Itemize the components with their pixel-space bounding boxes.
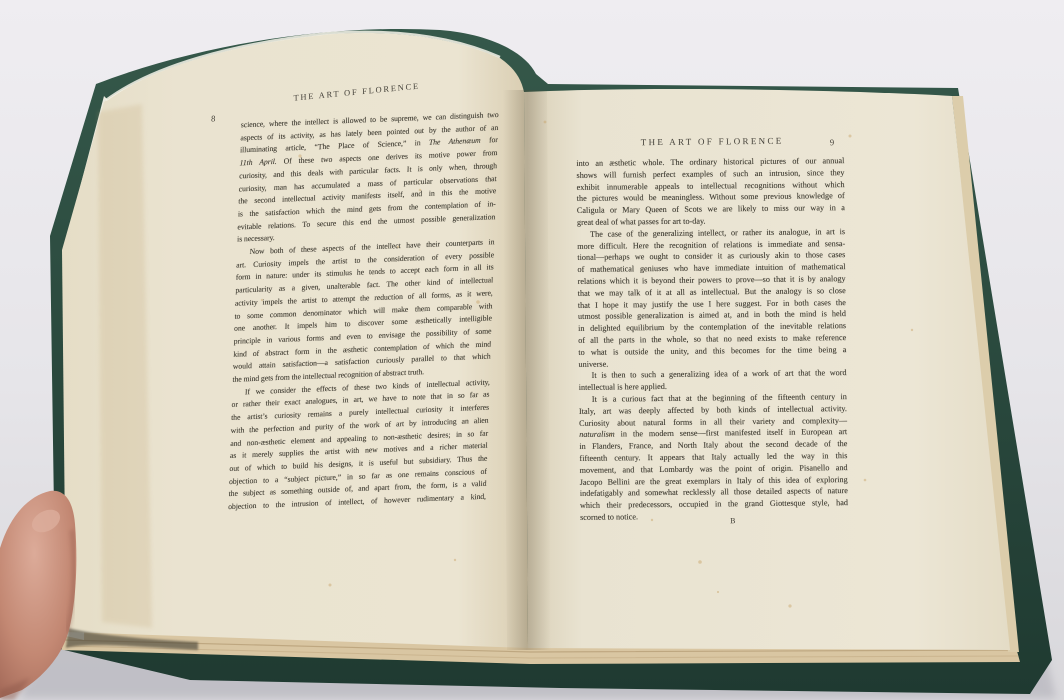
book-page-right: THE ART OF FLORENCE 9 into an æsthetic w… (566, 125, 862, 558)
book-photo-scene: THE ART OF FLORENCE 8 science, where the… (0, 0, 1064, 700)
book-photo-art (0, 0, 1064, 700)
page-number-right: 9 (830, 137, 834, 147)
page-number-left: 8 (211, 113, 216, 123)
page-right-body-text: into an æsthetic whole. The ordinary his… (576, 155, 848, 523)
signature-mark: B (730, 516, 735, 525)
running-title-right: THE ART OF FLORENCE (566, 135, 858, 148)
page-left-body-text: science, where the intellect is allowed … (228, 109, 499, 514)
text-line: scorned to notice. (580, 509, 848, 524)
book-page-left: THE ART OF FLORENCE 8 science, where the… (183, 81, 515, 535)
